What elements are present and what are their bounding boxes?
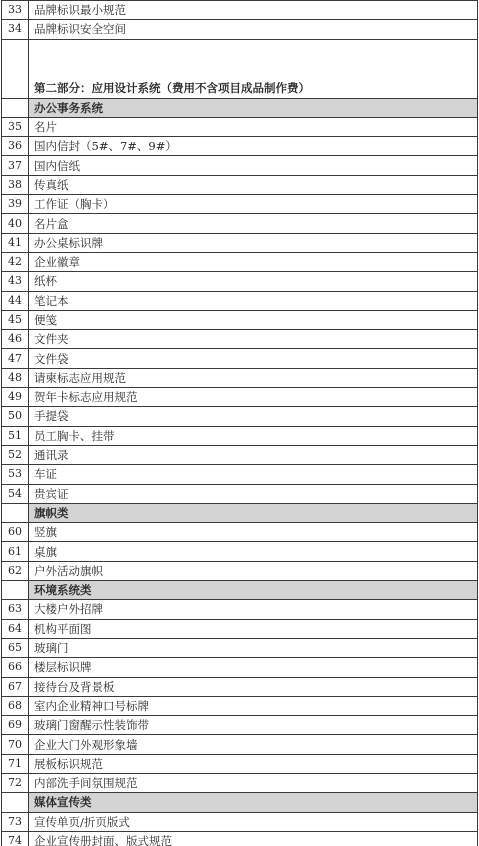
row-number: 68 xyxy=(2,696,29,715)
row-number: 69 xyxy=(2,716,29,735)
row-number: 67 xyxy=(2,677,29,696)
item-name: 工作证（胸卡） xyxy=(29,195,478,214)
table-row: 53车证 xyxy=(2,465,478,484)
item-name: 玻璃门 xyxy=(29,638,478,657)
row-number: 39 xyxy=(2,195,29,214)
row-number: 44 xyxy=(2,291,29,310)
row-number: 54 xyxy=(2,484,29,503)
item-name: 户外活动旗帜 xyxy=(29,561,478,580)
item-name: 员工胸卡、挂带 xyxy=(29,426,478,445)
row-number: 61 xyxy=(2,542,29,561)
item-name: 传真纸 xyxy=(29,175,478,194)
table-row: 38传真纸 xyxy=(2,175,478,194)
part-heading-row: 第二部分：应用设计系统（费用不含项目成品制作费） xyxy=(2,39,478,98)
item-name: 办公桌标识牌 xyxy=(29,233,478,252)
row-number: 74 xyxy=(2,831,29,846)
table-row: 37国内信纸 xyxy=(2,156,478,175)
item-name: 玻璃门窗醒示性装饰带 xyxy=(29,716,478,735)
table-row: 73宣传单页/折页版式 xyxy=(2,812,478,831)
section-header-row: 旗帜类 xyxy=(2,503,478,522)
table-row: 42企业徽章 xyxy=(2,252,478,271)
table-row: 64机构平面图 xyxy=(2,619,478,638)
item-name: 宣传单页/折页版式 xyxy=(29,812,478,831)
section-title: 媒体宣传类 xyxy=(29,793,478,812)
row-number: 62 xyxy=(2,561,29,580)
part-title: 第二部分：应用设计系统（费用不含项目成品制作费） xyxy=(29,39,478,98)
table-row: 46文件夹 xyxy=(2,330,478,349)
row-number xyxy=(2,98,29,117)
item-name: 大楼户外招牌 xyxy=(29,600,478,619)
row-number: 66 xyxy=(2,658,29,677)
item-name: 内部洗手间氛围规范 xyxy=(29,773,478,792)
row-number: 73 xyxy=(2,812,29,831)
table-row: 35名片 xyxy=(2,117,478,136)
row-number: 47 xyxy=(2,349,29,368)
table-row: 49贺年卡标志应用规范 xyxy=(2,388,478,407)
item-name: 楼层标识牌 xyxy=(29,658,478,677)
row-number: 64 xyxy=(2,619,29,638)
row-number: 41 xyxy=(2,233,29,252)
table-row: 41办公桌标识牌 xyxy=(2,233,478,252)
item-table-body: 33品牌标识最小规范34品牌标识安全空间第二部分：应用设计系统（费用不含项目成品… xyxy=(2,1,478,846)
section-header-row: 办公事务系统 xyxy=(2,98,478,117)
item-name: 品牌标识最小规范 xyxy=(29,1,478,20)
table-row: 71展板标识规范 xyxy=(2,754,478,773)
row-number: 36 xyxy=(2,137,29,156)
item-name: 展板标识规范 xyxy=(29,754,478,773)
item-name: 通讯录 xyxy=(29,445,478,464)
row-number xyxy=(2,793,29,812)
item-name: 手提袋 xyxy=(29,407,478,426)
table-row: 40名片盒 xyxy=(2,214,478,233)
row-number: 37 xyxy=(2,156,29,175)
section-header-row: 媒体宣传类 xyxy=(2,793,478,812)
row-number xyxy=(2,39,29,98)
item-name: 机构平面图 xyxy=(29,619,478,638)
item-name: 便笺 xyxy=(29,310,478,329)
table-row: 43纸杯 xyxy=(2,272,478,291)
table-row: 48请柬标志应用规范 xyxy=(2,368,478,387)
item-name: 车证 xyxy=(29,465,478,484)
table-row: 45便笺 xyxy=(2,310,478,329)
item-name: 接待台及背景板 xyxy=(29,677,478,696)
table-row: 62户外活动旗帜 xyxy=(2,561,478,580)
row-number: 70 xyxy=(2,735,29,754)
row-number: 71 xyxy=(2,754,29,773)
table-row: 63大楼户外招牌 xyxy=(2,600,478,619)
row-number: 65 xyxy=(2,638,29,657)
item-name: 纸杯 xyxy=(29,272,478,291)
item-name: 贺年卡标志应用规范 xyxy=(29,388,478,407)
row-number xyxy=(2,503,29,522)
item-name: 名片 xyxy=(29,117,478,136)
row-number: 49 xyxy=(2,388,29,407)
item-name: 国内信纸 xyxy=(29,156,478,175)
row-number: 46 xyxy=(2,330,29,349)
row-number: 48 xyxy=(2,368,29,387)
row-number: 45 xyxy=(2,310,29,329)
row-number: 51 xyxy=(2,426,29,445)
table-row: 67接待台及背景板 xyxy=(2,677,478,696)
table-row: 69玻璃门窗醒示性装饰带 xyxy=(2,716,478,735)
item-name: 企业徽章 xyxy=(29,252,478,271)
section-title: 旗帜类 xyxy=(29,503,478,522)
item-name: 桌旗 xyxy=(29,542,478,561)
item-name: 笔记本 xyxy=(29,291,478,310)
item-name: 品牌标识安全空间 xyxy=(29,20,478,39)
section-title: 办公事务系统 xyxy=(29,98,478,117)
row-number: 72 xyxy=(2,773,29,792)
table-row: 61桌旗 xyxy=(2,542,478,561)
row-number: 35 xyxy=(2,117,29,136)
table-row: 47文件袋 xyxy=(2,349,478,368)
item-name: 文件袋 xyxy=(29,349,478,368)
item-name: 请柬标志应用规范 xyxy=(29,368,478,387)
row-number: 42 xyxy=(2,252,29,271)
table-row: 65玻璃门 xyxy=(2,638,478,657)
row-number: 63 xyxy=(2,600,29,619)
section-title: 环境系统类 xyxy=(29,581,478,600)
table-row: 52通讯录 xyxy=(2,445,478,464)
item-name: 国内信封（5#、7#、9#） xyxy=(29,137,478,156)
table-row: 60竖旗 xyxy=(2,523,478,542)
table-row: 68室内企业精神口号标牌 xyxy=(2,696,478,715)
row-number: 60 xyxy=(2,523,29,542)
row-number: 34 xyxy=(2,20,29,39)
table-row: 39工作证（胸卡） xyxy=(2,195,478,214)
item-name: 文件夹 xyxy=(29,330,478,349)
row-number: 40 xyxy=(2,214,29,233)
item-table: 33品牌标识最小规范34品牌标识安全空间第二部分：应用设计系统（费用不含项目成品… xyxy=(1,0,478,846)
table-row: 66楼层标识牌 xyxy=(2,658,478,677)
item-name: 名片盒 xyxy=(29,214,478,233)
item-name: 竖旗 xyxy=(29,523,478,542)
table-row: 70企业大门外观形象墙 xyxy=(2,735,478,754)
item-name: 企业大门外观形象墙 xyxy=(29,735,478,754)
item-name: 室内企业精神口号标牌 xyxy=(29,696,478,715)
row-number: 33 xyxy=(2,1,29,20)
table-row: 51员工胸卡、挂带 xyxy=(2,426,478,445)
row-number: 52 xyxy=(2,445,29,464)
table-row: 36国内信封（5#、7#、9#） xyxy=(2,137,478,156)
item-name: 企业宣传册封面、版式规范 xyxy=(29,831,478,846)
table-row: 74企业宣传册封面、版式规范 xyxy=(2,831,478,846)
table-row: 44笔记本 xyxy=(2,291,478,310)
table-row: 72内部洗手间氛围规范 xyxy=(2,773,478,792)
row-number: 38 xyxy=(2,175,29,194)
item-name: 贵宾证 xyxy=(29,484,478,503)
table-row: 34品牌标识安全空间 xyxy=(2,20,478,39)
row-number: 53 xyxy=(2,465,29,484)
row-number: 50 xyxy=(2,407,29,426)
row-number: 43 xyxy=(2,272,29,291)
table-row: 50手提袋 xyxy=(2,407,478,426)
table-row: 54贵宾证 xyxy=(2,484,478,503)
section-header-row: 环境系统类 xyxy=(2,581,478,600)
row-number xyxy=(2,581,29,600)
table-row: 33品牌标识最小规范 xyxy=(2,1,478,20)
